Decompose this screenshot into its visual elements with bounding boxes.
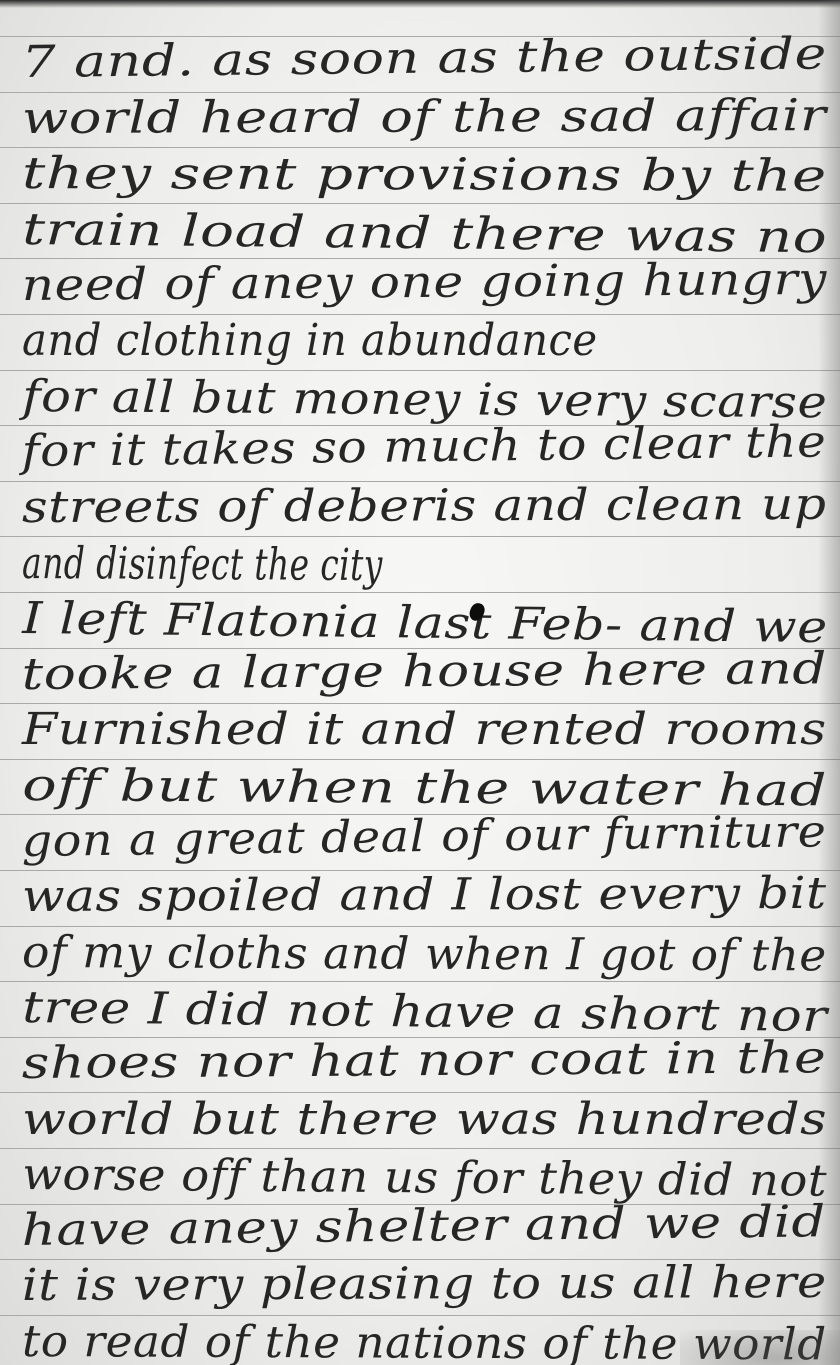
ruled-line xyxy=(0,203,840,204)
text-line: off but when the water had xyxy=(22,764,827,813)
ruled-line xyxy=(0,592,840,593)
text-line: Furnished it and rented rooms xyxy=(22,708,827,752)
text-line: shoes nor hat nor coat in the xyxy=(22,1036,827,1086)
text-line: tooke a large house here and xyxy=(22,647,828,697)
text-line: they sent provisions by the xyxy=(22,152,827,199)
text-line: was spoiled and I lost every bit xyxy=(22,872,827,919)
text-line: gon a great deal of our furniture xyxy=(21,810,826,864)
text-line: tree I did not have a short nor xyxy=(22,986,828,1039)
text-line: of my cloths and when I got of the xyxy=(22,931,827,978)
text-line: it is very pleasing to us all here xyxy=(22,1261,827,1308)
text-line: worse off than us for they did not xyxy=(22,1153,827,1204)
text-line: have aney shelter and we did xyxy=(21,1200,826,1253)
ruled-line xyxy=(0,536,840,537)
ruled-line xyxy=(0,1092,840,1093)
ruled-line xyxy=(0,981,840,982)
text-line: train load and there was no xyxy=(22,208,828,260)
text-line: 7 and. as soon as the outside xyxy=(21,32,827,85)
text-line: and disinfect the city xyxy=(22,542,383,588)
text-line: world heard of the sad affair xyxy=(22,94,827,141)
text-line: for it takes so much to clear the xyxy=(21,420,826,474)
paper-stain xyxy=(680,1330,840,1365)
text-line: world but there was hundreds xyxy=(22,1098,827,1142)
text-line: streets of deberis and clean up xyxy=(22,483,827,530)
text-line: I left Flatonia last Feb- and we xyxy=(22,597,828,650)
text-line: need of aney one going hungry xyxy=(22,258,828,308)
manuscript-page: 7 and. as soon as the outside world hear… xyxy=(0,0,840,1365)
ruled-line xyxy=(0,1148,840,1149)
text-line: and clothing in abundance xyxy=(22,319,598,363)
